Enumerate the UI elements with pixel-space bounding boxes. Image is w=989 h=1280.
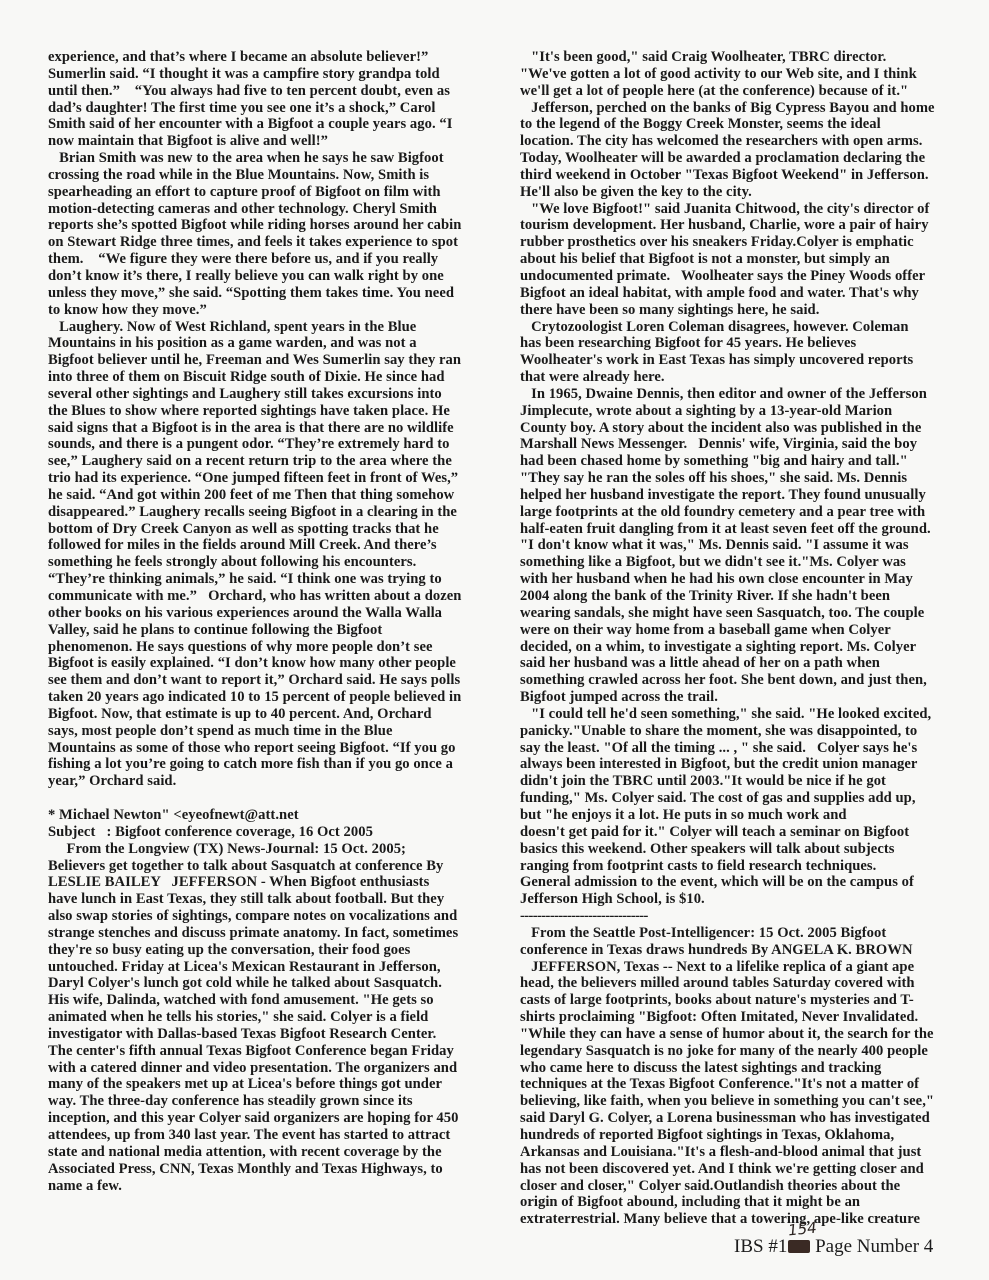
text-line: there have been so many sightings here, … bbox=[520, 302, 960, 319]
right-column: "It's been good," said Craig Woolheater,… bbox=[520, 49, 960, 1228]
text-line: strange stenches and discuss primate ana… bbox=[48, 925, 468, 942]
text-line: reports she’s spotted Bigfoot while ridi… bbox=[48, 217, 468, 234]
text-line: bottom of Dry Creek Canyon as well as sp… bbox=[48, 521, 468, 538]
footer-prefix: IBS #1 bbox=[734, 1236, 787, 1257]
text-line: His wife, Dalinda, watched with fond amu… bbox=[48, 992, 468, 1009]
text-line: the Blues to show where reported sightin… bbox=[48, 403, 468, 420]
text-line: disappeared.” Laughery recalls seeing Bi… bbox=[48, 504, 468, 521]
text-line: casts of large footprints, books about n… bbox=[520, 992, 960, 1009]
text-line: "I don't know what it was," Ms. Dennis s… bbox=[520, 537, 960, 554]
text-line: sounds, and there is a pungent odor. “Th… bbox=[48, 436, 468, 453]
text-line: From the Longview (TX) News-Journal: 15 … bbox=[48, 841, 468, 858]
text-line: also swap stories of sightings, compare … bbox=[48, 908, 468, 925]
text-line: Sumerlin said. “I thought it was a campf… bbox=[48, 66, 468, 83]
text-line: shirts proclaiming "Bigfoot: Often Imita… bbox=[520, 1009, 960, 1026]
text-line: always been interested in Bigfoot, but t… bbox=[520, 756, 960, 773]
blank-line bbox=[48, 790, 468, 807]
page-footer: IBS #1 Page Number 4 bbox=[734, 1236, 933, 1258]
text-line: tourism development. Her husband, Charli… bbox=[520, 217, 960, 234]
text-line: basics this weekend. Other speakers will… bbox=[520, 841, 960, 858]
text-line: He'll also be given the key to the city. bbox=[520, 184, 960, 201]
text-line: on Stewart Ridge three times, and feels … bbox=[48, 234, 468, 251]
text-line: fishing a lot you’re going to catch more… bbox=[48, 756, 468, 773]
text-line: said her husband was a little ahead of h… bbox=[520, 655, 960, 672]
footer-page-number: Page Number 4 bbox=[810, 1236, 933, 1257]
text-line: large footprints at the old foundry ceme… bbox=[520, 504, 960, 521]
text-line: Jimplecute, wrote about a sighting by a … bbox=[520, 403, 960, 420]
text-line: something he feels strongly about follow… bbox=[48, 554, 468, 571]
text-line: Subject : Bigfoot conference coverage, 1… bbox=[48, 824, 468, 841]
text-line: followed for miles in the fields around … bbox=[48, 537, 468, 554]
text-line: investigator with Dallas-based Texas Big… bbox=[48, 1026, 468, 1043]
text-line: don’t know it’s there, I really believe … bbox=[48, 268, 468, 285]
text-line: year,” Orchard said. bbox=[48, 773, 468, 790]
text-line: has not been discovered yet. And I think… bbox=[520, 1161, 960, 1178]
text-line: origin of Bigfoot abound, including that… bbox=[520, 1194, 960, 1211]
text-line: attendees, up from 340 last year. The ev… bbox=[48, 1127, 468, 1144]
text-line: General admission to the event, which wi… bbox=[520, 874, 960, 891]
text-line: dad’s daughter! The first time you see o… bbox=[48, 100, 468, 117]
text-line: In 1965, Dwaine Dennis, then editor and … bbox=[520, 386, 960, 403]
text-line: techniques at the Texas Bigfoot Conferen… bbox=[520, 1076, 960, 1093]
text-line: unless they move,” she said. “Spotting t… bbox=[48, 285, 468, 302]
text-line: them. “We figure they were there before … bbox=[48, 251, 468, 268]
text-line: 2004 along the bank of the Trinity River… bbox=[520, 588, 960, 605]
text-line: Valley, said he plans to continue follow… bbox=[48, 622, 468, 639]
text-line: way. The three-day conference has steadi… bbox=[48, 1093, 468, 1110]
text-line: location. The city has welcomed the rese… bbox=[520, 133, 960, 150]
text-line: "While they can have a sense of humor ab… bbox=[520, 1026, 960, 1043]
text-line: From the Seattle Post-Intelligencer: 15 … bbox=[520, 925, 960, 942]
text-line: said Daryl G. Colyer, a Lorena businessm… bbox=[520, 1110, 960, 1127]
text-line: Marshall News Messenger. Dennis' wife, V… bbox=[520, 436, 960, 453]
text-line: Associated Press, CNN, Texas Monthly and… bbox=[48, 1161, 468, 1178]
text-line: JEFFERSON, Texas -- Next to a lifelike r… bbox=[520, 959, 960, 976]
text-line: Bigfoot is easily explained. “I don’t kn… bbox=[48, 655, 468, 672]
text-line: but "he enjoys it a lot. He puts in so m… bbox=[520, 807, 960, 824]
text-line: to the legend of the Boggy Creek Monster… bbox=[520, 116, 960, 133]
text-line: Mountains as some of those who report se… bbox=[48, 740, 468, 757]
text-line: says, most people don’t spend as much ti… bbox=[48, 723, 468, 740]
text-line: name a few. bbox=[48, 1178, 468, 1195]
text-line: Bigfoot. Now, that estimate is up to 40 … bbox=[48, 706, 468, 723]
text-line: ranging from footprint casts to field re… bbox=[520, 858, 960, 875]
text-line: * Michael Newton" <eyeofnewt@att.net bbox=[48, 807, 468, 824]
text-line: "They say he ran the soles off his shoes… bbox=[520, 470, 960, 487]
text-line: Bigfoot an ideal habitat, with ample foo… bbox=[520, 285, 960, 302]
text-line: other books on his various experiences a… bbox=[48, 605, 468, 622]
text-line: LESLIE BAILEY JEFFERSON - When Bigfoot e… bbox=[48, 874, 468, 891]
text-line: animated when he tells his stories," she… bbox=[48, 1009, 468, 1026]
text-line: crossing the road while in the Blue Moun… bbox=[48, 167, 468, 184]
text-line: trio had its experience. “One jumped fif… bbox=[48, 470, 468, 487]
text-line: until then.” “You always had five to ten… bbox=[48, 83, 468, 100]
text-line: with her husband when he had his own clo… bbox=[520, 571, 960, 588]
text-line: believing, like faith, when you believe … bbox=[520, 1093, 960, 1110]
text-line: County boy. A story about the incident a… bbox=[520, 420, 960, 437]
text-line: communicate with me.” Orchard, who has w… bbox=[48, 588, 468, 605]
text-line: The center's fifth annual Texas Bigfoot … bbox=[48, 1043, 468, 1060]
text-line: now maintain that Bigfoot is alive and w… bbox=[48, 133, 468, 150]
text-line: inception, and this year Colyer said org… bbox=[48, 1110, 468, 1127]
text-line: doesn't get paid for it." Colyer will te… bbox=[520, 824, 960, 841]
text-line: Bigfoot believer until he, Freeman and W… bbox=[48, 352, 468, 369]
text-line: Crytozoologist Loren Coleman disagrees, … bbox=[520, 319, 960, 336]
text-line: “They’re thinking animals,” he said. “I … bbox=[48, 571, 468, 588]
text-line: that were already here. bbox=[520, 369, 960, 386]
text-line: we'll get a lot of people here (at the c… bbox=[520, 83, 960, 100]
text-line: closer and closer," Colyer said.Outlandi… bbox=[520, 1178, 960, 1195]
text-line: they're so busy eating up the conversati… bbox=[48, 942, 468, 959]
text-line: extraterrestrial. Many believe that a to… bbox=[520, 1211, 960, 1228]
text-line: Daryl Colyer's lunch got cold while he t… bbox=[48, 975, 468, 992]
text-line: Arkansas and Louisiana."It's a flesh-and… bbox=[520, 1144, 960, 1161]
text-line: Mountains in his position as a game ward… bbox=[48, 335, 468, 352]
text-line: phenomenon. He says questions of why mor… bbox=[48, 639, 468, 656]
text-line: several other sightings and Laughery sti… bbox=[48, 386, 468, 403]
text-line: something like a Bigfoot, but we didn't … bbox=[520, 554, 960, 571]
text-line: he said. “And got within 200 feet of me … bbox=[48, 487, 468, 504]
text-line: many of the speakers met up at Licea's b… bbox=[48, 1076, 468, 1093]
text-line: had been chased home by something "big a… bbox=[520, 453, 960, 470]
text-line: to know how they move.” bbox=[48, 302, 468, 319]
redaction-mark bbox=[788, 1240, 810, 1253]
text-line: said signs that a Bigfoot is in the area… bbox=[48, 420, 468, 437]
text-line: hundreds of reported Bigfoot sightings i… bbox=[520, 1127, 960, 1144]
text-line: half-eaten fruit dangling from it at lea… bbox=[520, 521, 960, 538]
document-page: experience, and that’s where I became an… bbox=[0, 0, 989, 1280]
text-line: something crawled across her foot. She b… bbox=[520, 672, 960, 689]
text-line: "It's been good," said Craig Woolheater,… bbox=[520, 49, 960, 66]
text-line: were on their way home from a baseball g… bbox=[520, 622, 960, 639]
text-line: conference in Texas draws hundreds By AN… bbox=[520, 942, 960, 959]
text-line: undocumented primate. Woolheater says th… bbox=[520, 268, 960, 285]
text-line: has been researching Bigfoot for 45 year… bbox=[520, 335, 960, 352]
text-line: Jefferson, perched on the banks of Big C… bbox=[520, 100, 960, 117]
text-line: "I could tell he'd seen something," she … bbox=[520, 706, 960, 723]
text-line: see,” Laughery said on a recent return t… bbox=[48, 453, 468, 470]
text-line: taken 20 years ago indicated 10 to 15 pe… bbox=[48, 689, 468, 706]
text-line: with a catered dinner and video presenta… bbox=[48, 1060, 468, 1077]
text-line: state and national media attention, with… bbox=[48, 1144, 468, 1161]
text-line: third weekend in October "Texas Bigfoot … bbox=[520, 167, 960, 184]
text-line: Woolheater's work in East Texas has simp… bbox=[520, 352, 960, 369]
section-divider: ------------------------------ bbox=[520, 908, 960, 925]
text-line: Smith said of her encounter with a Bigfo… bbox=[48, 116, 468, 133]
text-line: Bigfoot jumped across the trail. bbox=[520, 689, 960, 706]
text-line: funding," Ms. Colyer said. The cost of g… bbox=[520, 790, 960, 807]
text-line: decided, on a whim, to investigate a sig… bbox=[520, 639, 960, 656]
text-line: untouched. Friday at Licea's Mexican Res… bbox=[48, 959, 468, 976]
text-line: Laughery. Now of West Richland, spent ye… bbox=[48, 319, 468, 336]
text-line: into three of them on Biscuit Ridge sout… bbox=[48, 369, 468, 386]
text-line: head, the believers milled around tables… bbox=[520, 975, 960, 992]
text-line: Believers get together to talk about Sas… bbox=[48, 858, 468, 875]
text-line: Today, Woolheater will be awarded a proc… bbox=[520, 150, 960, 167]
text-line: motion-detecting cameras and other techn… bbox=[48, 201, 468, 218]
text-line: Jefferson High School, is $10. bbox=[520, 891, 960, 908]
left-column: experience, and that’s where I became an… bbox=[48, 49, 468, 1194]
text-line: about his belief that Bigfoot is not a m… bbox=[520, 251, 960, 268]
text-line: have lunch in East Texas, they still tal… bbox=[48, 891, 468, 908]
text-line: spearheading an effort to capture proof … bbox=[48, 184, 468, 201]
text-line: helped her husband investigate the repor… bbox=[520, 487, 960, 504]
text-line: experience, and that’s where I became an… bbox=[48, 49, 468, 66]
text-line: rubber prosthetics over his sneakers Fri… bbox=[520, 234, 960, 251]
text-line: "We've gotten a lot of good activity to … bbox=[520, 66, 960, 83]
text-line: wearing sandals, she might have seen Sas… bbox=[520, 605, 960, 622]
text-line: "We love Bigfoot!" said Juanita Chitwood… bbox=[520, 201, 960, 218]
text-line: didn't join the TBRC until 2003."It woul… bbox=[520, 773, 960, 790]
text-line: legendary Sasquatch is no joke for many … bbox=[520, 1043, 960, 1060]
text-line: see them and don’t want to report it,” O… bbox=[48, 672, 468, 689]
text-line: Brian Smith was new to the area when he … bbox=[48, 150, 468, 167]
text-line: who came here to discuss the latest sigh… bbox=[520, 1060, 960, 1077]
text-line: say the least. "Of all the timing ... , … bbox=[520, 740, 960, 757]
text-line: panicky."Unable to share the moment, she… bbox=[520, 723, 960, 740]
